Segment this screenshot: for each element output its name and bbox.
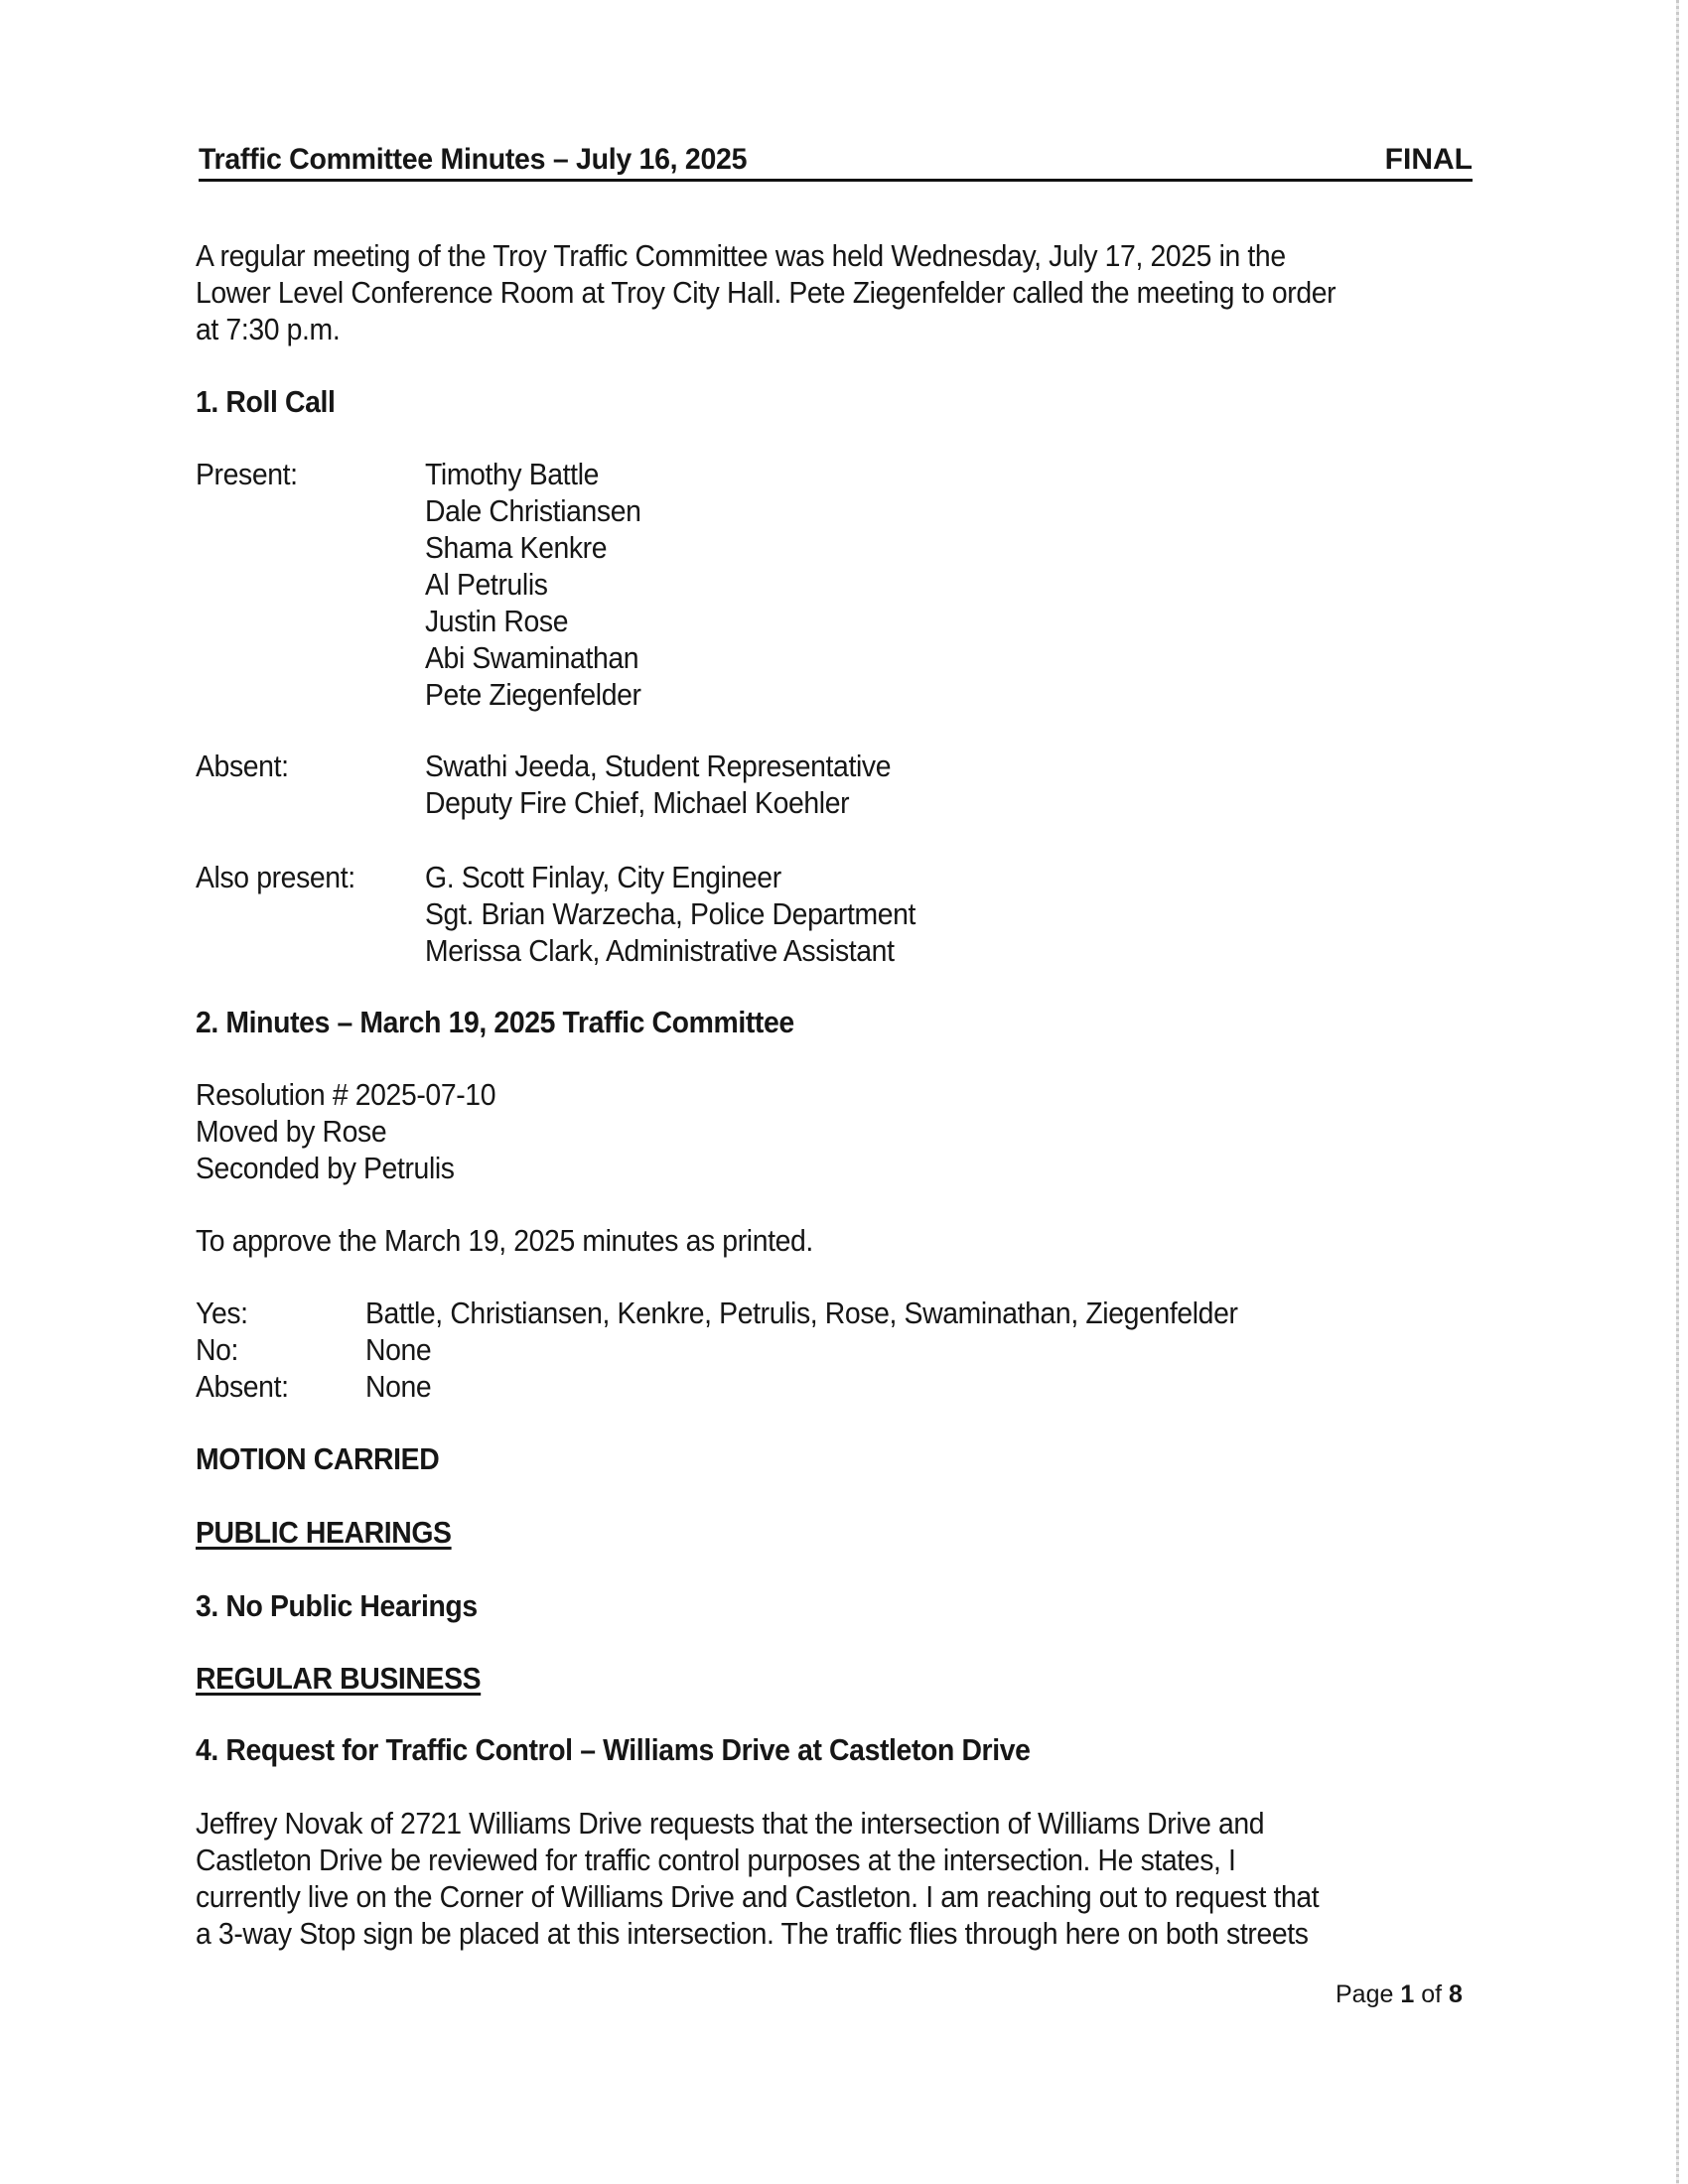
also-present-list: G. Scott Finlay, City Engineer Sgt. Bria…	[425, 860, 915, 970]
paragraph-line: a 3-way Stop sign be placed at this inte…	[196, 1916, 1396, 1953]
document-header: Traffic Committee Minutes – July 16, 202…	[199, 139, 1473, 182]
intro-line: Lower Level Conference Room at Troy City…	[196, 275, 1396, 312]
section-heading-public-hearings: PUBLIC HEARINGS	[196, 1515, 452, 1552]
seconded-by: Seconded by Petrulis	[196, 1151, 495, 1187]
absentee: Deputy Fire Chief, Michael Koehler	[425, 785, 891, 822]
resolution-number: Resolution # 2025-07-10	[196, 1077, 495, 1114]
vote-value-yes: Battle, Christiansen, Kenkre, Petrulis, …	[365, 1296, 1238, 1332]
vote-labels: Yes: No: Absent:	[196, 1296, 289, 1406]
public-hearings-item: 3. No Public Hearings	[196, 1588, 478, 1625]
document-page: Traffic Committee Minutes – July 16, 202…	[0, 0, 1688, 2184]
vote-value-absent: None	[365, 1369, 1238, 1406]
attendee: Dale Christiansen	[425, 493, 641, 530]
vote-values: Battle, Christiansen, Kenkre, Petrulis, …	[365, 1296, 1238, 1406]
page-current: 1	[1400, 1980, 1414, 2008]
of-word: of	[1421, 1980, 1442, 2008]
vote-label-yes: Yes:	[196, 1296, 289, 1332]
intro-line: at 7:30 p.m.	[196, 312, 1396, 348]
document-title: Traffic Committee Minutes – July 16, 202…	[199, 143, 747, 177]
section-heading-roll-call: 1. Roll Call	[196, 384, 336, 421]
traffic-control-paragraph: Jeffrey Novak of 2721 Williams Drive req…	[196, 1806, 1486, 1953]
section-heading-minutes: 2. Minutes – March 19, 2025 Traffic Comm…	[196, 1005, 794, 1041]
section-heading-regular-business: REGULAR BUSINESS	[196, 1661, 481, 1698]
also-present-label: Also present:	[196, 860, 355, 896]
page-number: Page 1 of 8	[1336, 1980, 1463, 2009]
absent-label: Absent:	[196, 749, 289, 785]
item-heading-traffic-control: 4. Request for Traffic Control – William…	[196, 1732, 1031, 1769]
vote-label-absent: Absent:	[196, 1369, 289, 1406]
page-word: Page	[1336, 1980, 1393, 2008]
status-badge: FINAL	[1385, 143, 1473, 177]
staff-member: Sgt. Brian Warzecha, Police Department	[425, 896, 915, 933]
present-list: Timothy Battle Dale Christiansen Shama K…	[425, 457, 641, 714]
attendee: Timothy Battle	[425, 457, 641, 493]
paragraph-line: currently live on the Corner of Williams…	[196, 1879, 1396, 1916]
present-label: Present:	[196, 457, 298, 493]
scan-edge	[1676, 0, 1679, 2184]
attendee: Pete Ziegenfelder	[425, 677, 641, 714]
paragraph-line: Castleton Drive be reviewed for traffic …	[196, 1843, 1396, 1879]
absent-list: Swathi Jeeda, Student Representative Dep…	[425, 749, 891, 822]
resolution-block: Resolution # 2025-07-10 Moved by Rose Se…	[196, 1077, 495, 1187]
attendee: Shama Kenkre	[425, 530, 641, 567]
vote-value-no: None	[365, 1332, 1238, 1369]
attendee: Al Petrulis	[425, 567, 641, 604]
absentee: Swathi Jeeda, Student Representative	[425, 749, 891, 785]
intro-paragraph: A regular meeting of the Troy Traffic Co…	[196, 238, 1486, 348]
motion-text: To approve the March 19, 2025 minutes as…	[196, 1223, 813, 1260]
motion-result: MOTION CARRIED	[196, 1441, 439, 1478]
paragraph-line: Jeffrey Novak of 2721 Williams Drive req…	[196, 1806, 1396, 1843]
attendee: Justin Rose	[425, 604, 641, 640]
staff-member: G. Scott Finlay, City Engineer	[425, 860, 915, 896]
vote-label-no: No:	[196, 1332, 289, 1369]
intro-line: A regular meeting of the Troy Traffic Co…	[196, 238, 1396, 275]
attendee: Abi Swaminathan	[425, 640, 641, 677]
page-total: 8	[1449, 1980, 1463, 2008]
moved-by: Moved by Rose	[196, 1114, 495, 1151]
staff-member: Merissa Clark, Administrative Assistant	[425, 933, 915, 970]
